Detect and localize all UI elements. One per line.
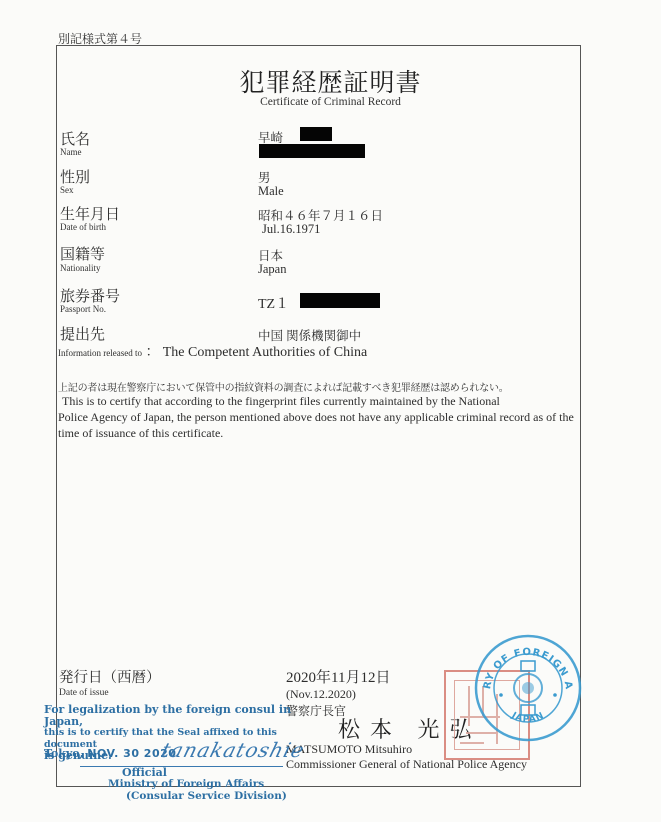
name-redaction-given: [300, 127, 332, 141]
issue-date-en: (Nov.12.2020): [286, 687, 356, 702]
issue-label-en: Date of issue: [59, 688, 109, 698]
foreign-affairs-seal-icon: MINISTRY OF FOREIGN AFFAIRS JAPAN: [473, 633, 583, 743]
seal-text-bottom: JAPAN: [509, 710, 546, 725]
official-title: 警察庁長官: [286, 702, 346, 719]
nationality-label-en: Nationality: [60, 263, 101, 273]
certification-en-rest: Police Agency of Japan, the person menti…: [58, 410, 574, 440]
released-value-en: The Competent Authorities of China: [163, 345, 368, 360]
issue-label-jp: 発行日（西暦）: [59, 666, 161, 687]
legalization-place-date: Tokyo, NOV. 30 2020: [44, 747, 176, 760]
title-english: Certificate of Criminal Record: [0, 96, 661, 108]
issue-date-jp: 2020年11月12日: [286, 666, 390, 687]
sex-value-en: Male: [258, 184, 284, 199]
nationality-label-jp: 国籍等: [60, 243, 105, 264]
legalization-division: (Consular Service Division): [126, 790, 287, 802]
signature-line: [80, 766, 283, 767]
name-label-jp: 氏名: [60, 128, 90, 149]
certification-jp: 上記の者は現在警察庁において保管中の指紋資料の調査によれば記載すべき犯罪経歴は認…: [58, 379, 509, 394]
passport-value: TZ１: [258, 293, 289, 313]
name-label-en: Name: [60, 147, 82, 157]
certification-en-line1: This is to certify that according to the…: [58, 393, 578, 409]
nationality-value-en: Japan: [258, 262, 286, 277]
seal-text-top: MINISTRY OF FOREIGN AFFAIRS: [473, 633, 574, 691]
sex-label-en: Sex: [60, 185, 74, 195]
svg-text:JAPAN: JAPAN: [509, 710, 546, 725]
dob-label-en: Date of birth: [60, 222, 106, 232]
passport-label-en: Passport No.: [60, 304, 106, 314]
handwritten-signature: tanakatoshie: [159, 738, 308, 762]
legalization-ministry: Ministry of Foreign Affairs: [108, 778, 264, 790]
dob-label-jp: 生年月日: [60, 203, 120, 224]
released-separator: ：: [145, 345, 159, 360]
legalization-line1: For legalization by the foreign consul i…: [44, 704, 294, 727]
released-label-en: Information released to: [58, 348, 142, 358]
name-redaction-english: [259, 144, 365, 158]
dob-value-en: Jul.16.1971: [262, 222, 320, 237]
passport-label-jp: 旅券番号: [60, 285, 120, 306]
passport-redaction: [300, 293, 380, 308]
svg-text:MINISTRY OF FOREIGN AFFAIRS: MINISTRY OF FOREIGN AFFAIRS: [473, 633, 574, 691]
sex-label-jp: 性別: [60, 166, 90, 187]
title-japanese: 犯罪経歴証明書: [0, 63, 661, 99]
certification-en: This is to certify that according to the…: [58, 393, 578, 441]
legalization-place: Tokyo,: [44, 747, 83, 760]
released-to-line: Information released to ： The Competent …: [58, 341, 367, 361]
